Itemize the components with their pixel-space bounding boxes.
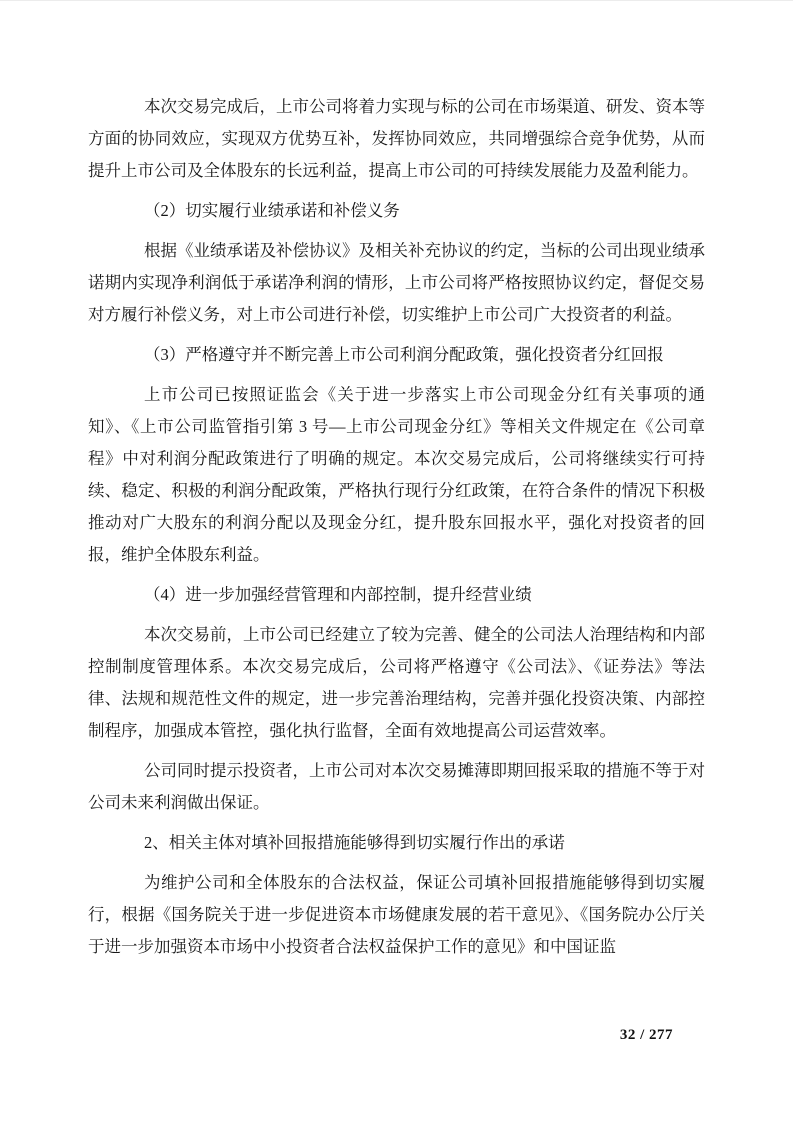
body-paragraph-compensation-obligation: 根据《业绩承诺及补偿协议》及相关补充协议的约定，当标的公司出现业绩承诺期内实现净… xyxy=(88,235,705,331)
body-paragraph-dividend-policy: 上市公司已按照证监会《关于进一步落实上市公司现金分红有关事项的通知》、《上市公司… xyxy=(88,379,705,571)
body-paragraph-investor-notice: 公司同时提示投资者，上市公司对本次交易摊薄即期回报采取的措施不等于对公司未来利润… xyxy=(88,755,705,819)
section-heading-2-performance-commitment: （2）切实履行业绩承诺和补偿义务 xyxy=(88,195,705,227)
body-paragraph-synergy: 本次交易完成后，上市公司将着力实现与标的公司在市场渠道、研发、资本等方面的协同效… xyxy=(88,91,705,187)
section-heading-3-profit-distribution-policy: （3）严格遵守并不断完善上市公司利润分配政策，强化投资者分红回报 xyxy=(88,339,705,371)
body-paragraph-legal-basis: 为维护公司和全体股东的合法权益，保证公司填补回报措施能够得到切实履行，根据《国务… xyxy=(88,867,705,963)
body-paragraph-governance-structure: 本次交易前，上市公司已经建立了较为完善、健全的公司法人治理结构和内部控制制度管理… xyxy=(88,619,705,747)
document-page: 本次交易完成后，上市公司将着力实现与标的公司在市场渠道、研发、资本等方面的协同效… xyxy=(0,1,793,1122)
section-heading-commitments-of-related-parties: 2、相关主体对填补回报措施能够得到切实履行作出的承诺 xyxy=(88,827,705,859)
section-heading-4-management-internal-control: （4）进一步加强经营管理和内部控制，提升经营业绩 xyxy=(88,579,705,611)
page-number: 32 / 277 xyxy=(620,1027,673,1044)
